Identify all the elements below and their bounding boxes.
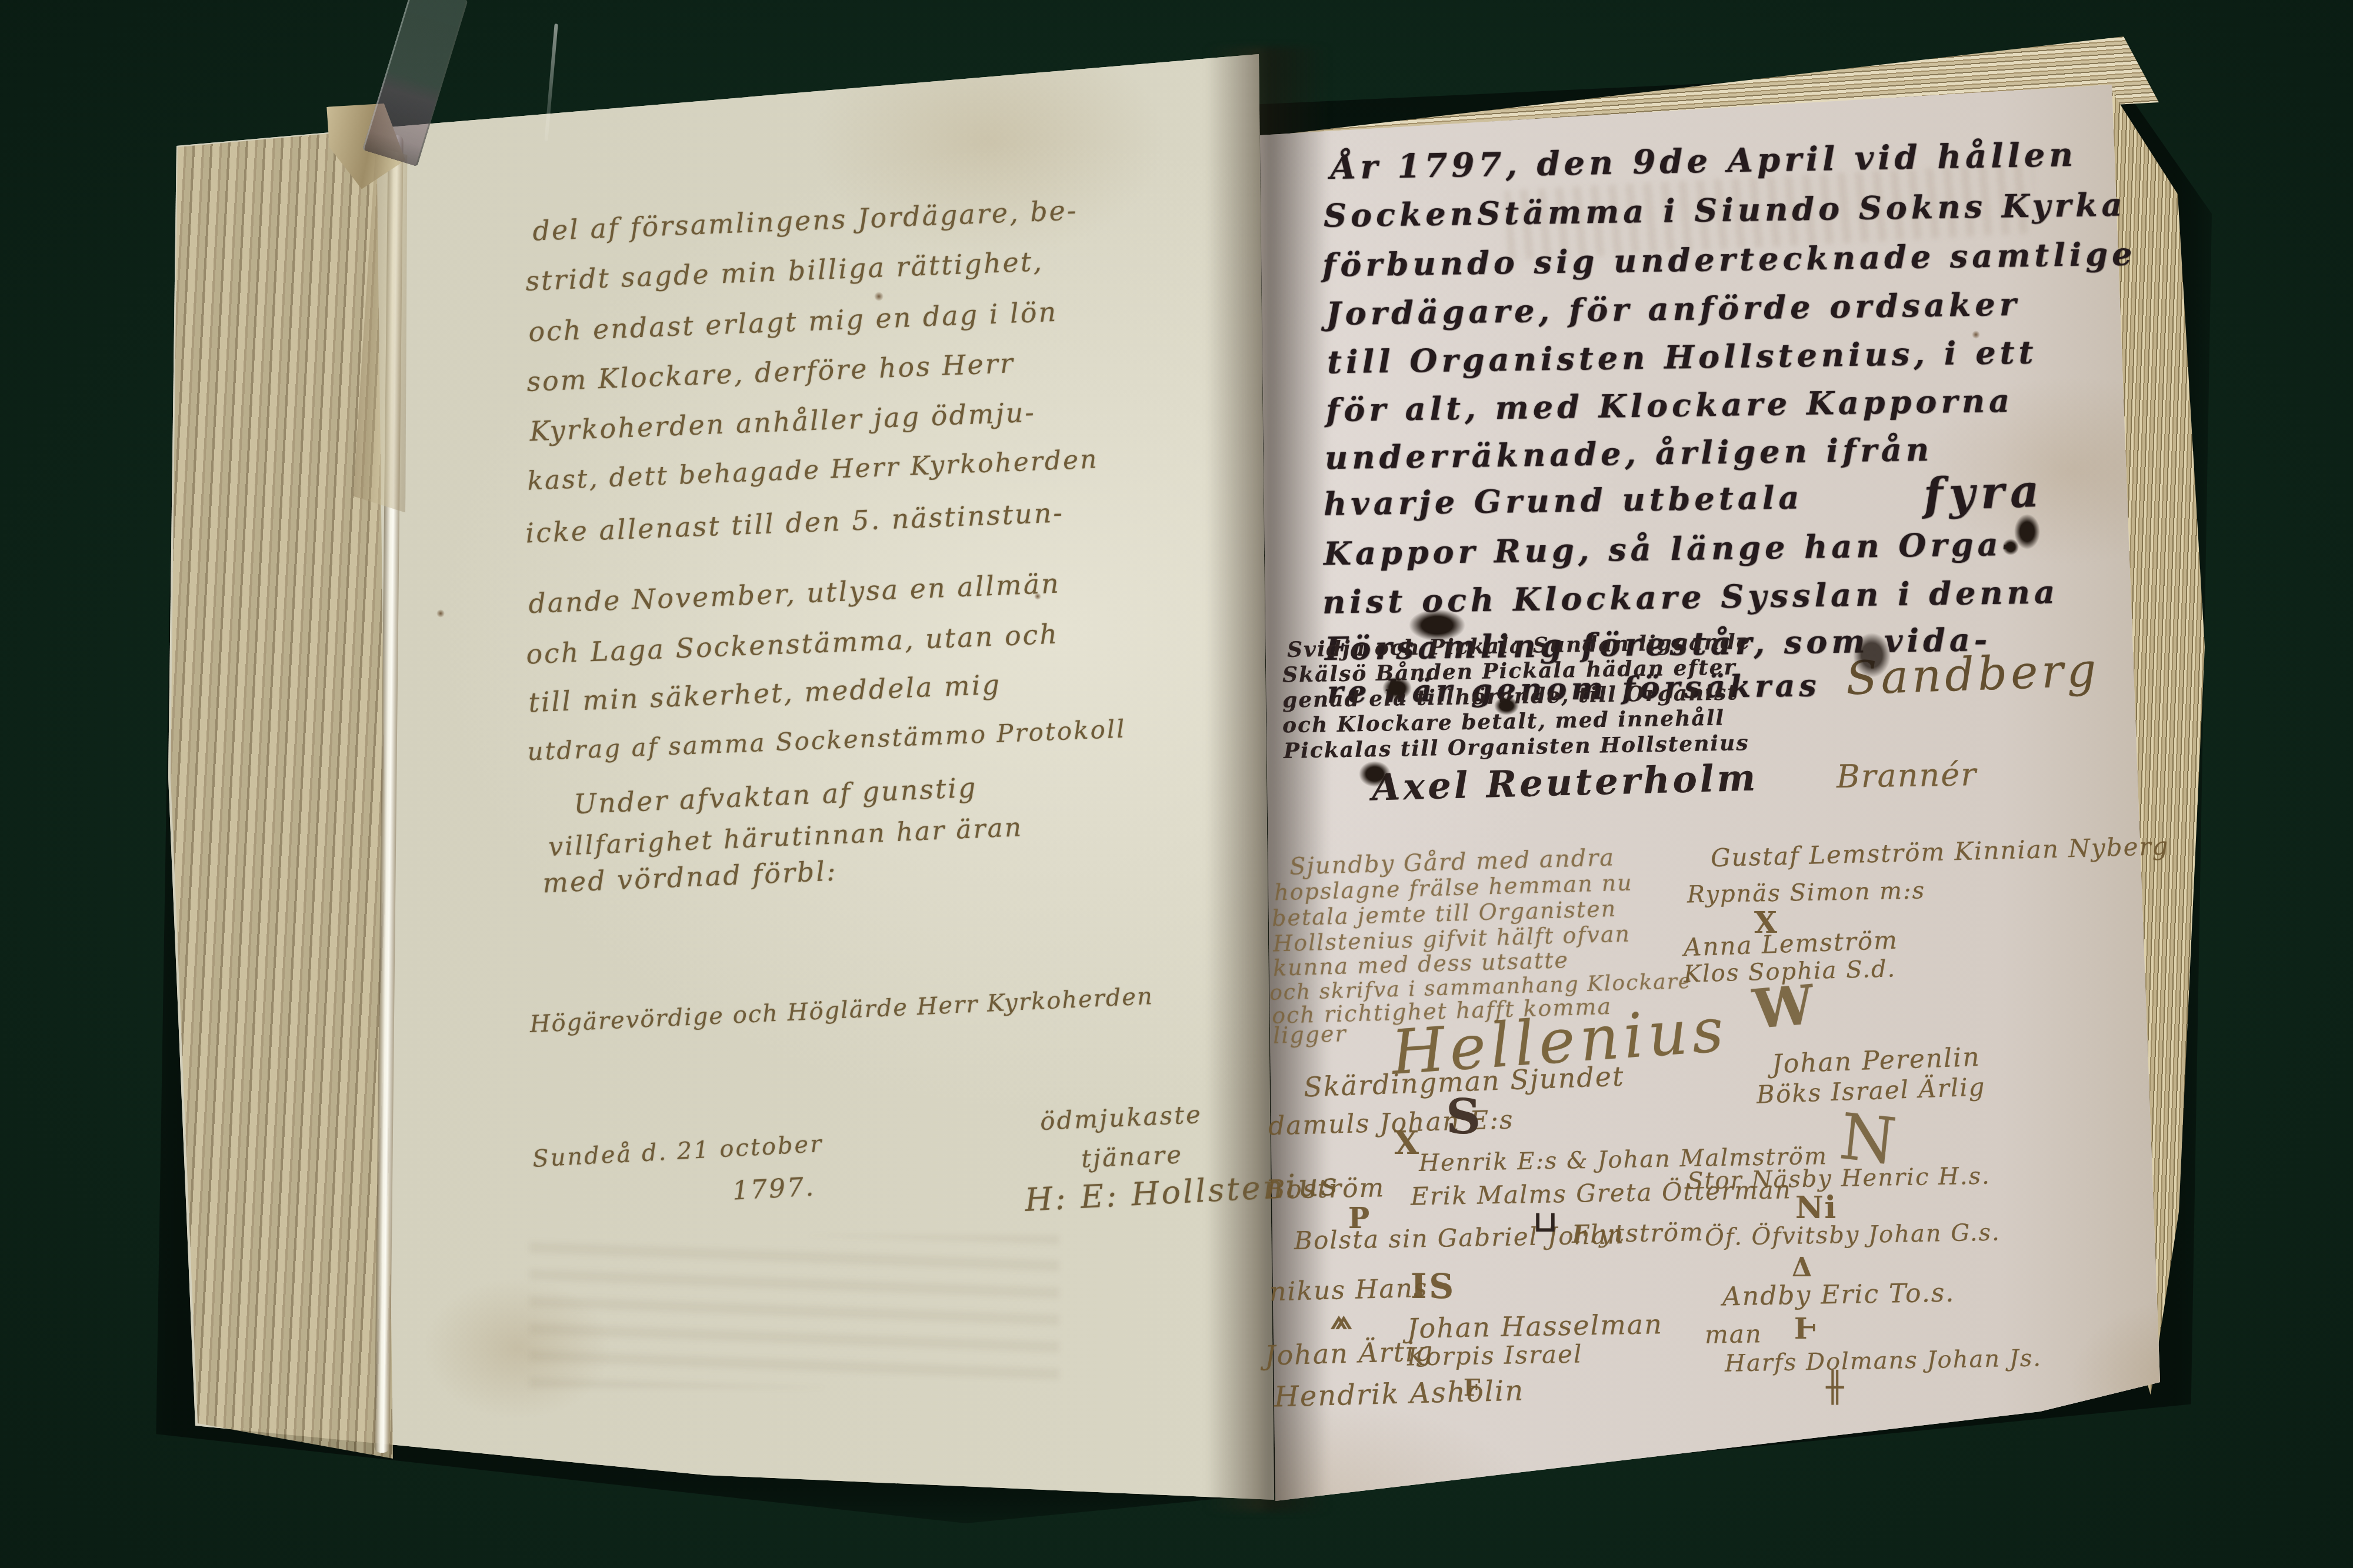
faded-line-8: ligger [1272, 1022, 1347, 1046]
right-line-8-emphasis-fyra: fyra [1923, 468, 2046, 517]
sig-korpis-israel: Korpis Israel [1407, 1342, 1583, 1369]
ink-bleedthrough-ghost [529, 1235, 1059, 1388]
house-mark-ni: Ni [1795, 1193, 1837, 1223]
sig-nikus-hans: nikus Hans [1269, 1275, 1428, 1305]
right-line-9: Kappor Rug, så länge han Orga- [1324, 528, 2020, 570]
sig-andby-eric: Andby Eric To.s. [1722, 1280, 1955, 1310]
photo-backdrop: del af församlingens Jordägare, be- stri… [0, 0, 2353, 1568]
fox-speck [1034, 593, 1041, 600]
house-mark-w: W [1751, 978, 1817, 1037]
sig-anna-lemstrom: Anna Lemström [1683, 928, 1898, 960]
sig-hasselman: Johan Hasselman [1407, 1310, 1664, 1342]
sig-johan-perenlin: Johan Perenlin [1771, 1045, 1981, 1077]
signature-axel-reuterholm: Axel Reuterholm [1371, 759, 1758, 806]
right-line-7: underräknade, årligen ifrån [1325, 433, 1934, 473]
right-line-4: Jordägare, för anförde ordsaker [1326, 288, 2021, 329]
signature-branner: Brannér [1837, 759, 1978, 793]
house-mark-d: ⊔ [1533, 1207, 1559, 1236]
right-line-8: hvarje Grund utbetala [1324, 481, 1804, 519]
house-mark-is: IS [1411, 1269, 1456, 1303]
house-mark-triangle: Δ [1792, 1255, 1813, 1281]
house-mark-double-caret: ⩕ [1331, 1306, 1353, 1333]
sig-fragment-man: man [1705, 1322, 1763, 1347]
left-date-line-2: 1797. [732, 1174, 816, 1204]
sig-flytstrom: Flytström [1572, 1220, 1705, 1247]
sig-stor-nasby-henric: Stor Näsby Henric H.s. [1687, 1165, 1991, 1193]
sig-ofvitsby-johan: Öf. Öfvitsby Johan G.s. [1705, 1221, 2001, 1250]
sig-hendrik-asholin: Hendrik Asholin [1274, 1376, 1524, 1411]
ink-blot [2002, 539, 2019, 555]
fox-speck [436, 609, 445, 618]
ink-blot [1494, 696, 1519, 715]
right-line-5: till Organisten Hollstenius, i ett [1327, 336, 2038, 378]
ink-blot [1382, 676, 1412, 700]
left-valediction-2: tjänare [1081, 1142, 1184, 1172]
ink-blot [1359, 761, 1391, 787]
fox-speck [874, 292, 884, 301]
ink-blot [1409, 609, 1465, 641]
sig-bostrom: Boström [1266, 1175, 1385, 1203]
house-mark-s: S [1446, 1093, 1482, 1141]
left-valediction-1: ödmjukaste [1039, 1102, 1202, 1134]
house-mark-hook: Ⱶ [1794, 1315, 1817, 1343]
sig-harfs-dolmans: Harfs Dolmans Johan Js. [1725, 1346, 2042, 1375]
sig-rypnas-simon: Rypnäs Simon m:s [1687, 879, 1926, 906]
ink-blot-sandberg-monogram [1853, 633, 1891, 678]
house-mark-x2: X [1394, 1127, 1420, 1159]
house-mark-cross: ╫ [1826, 1373, 1845, 1402]
right-line-6: för alt, med Klockare Kapporna [1326, 385, 2014, 426]
fox-speck [1972, 331, 1980, 339]
